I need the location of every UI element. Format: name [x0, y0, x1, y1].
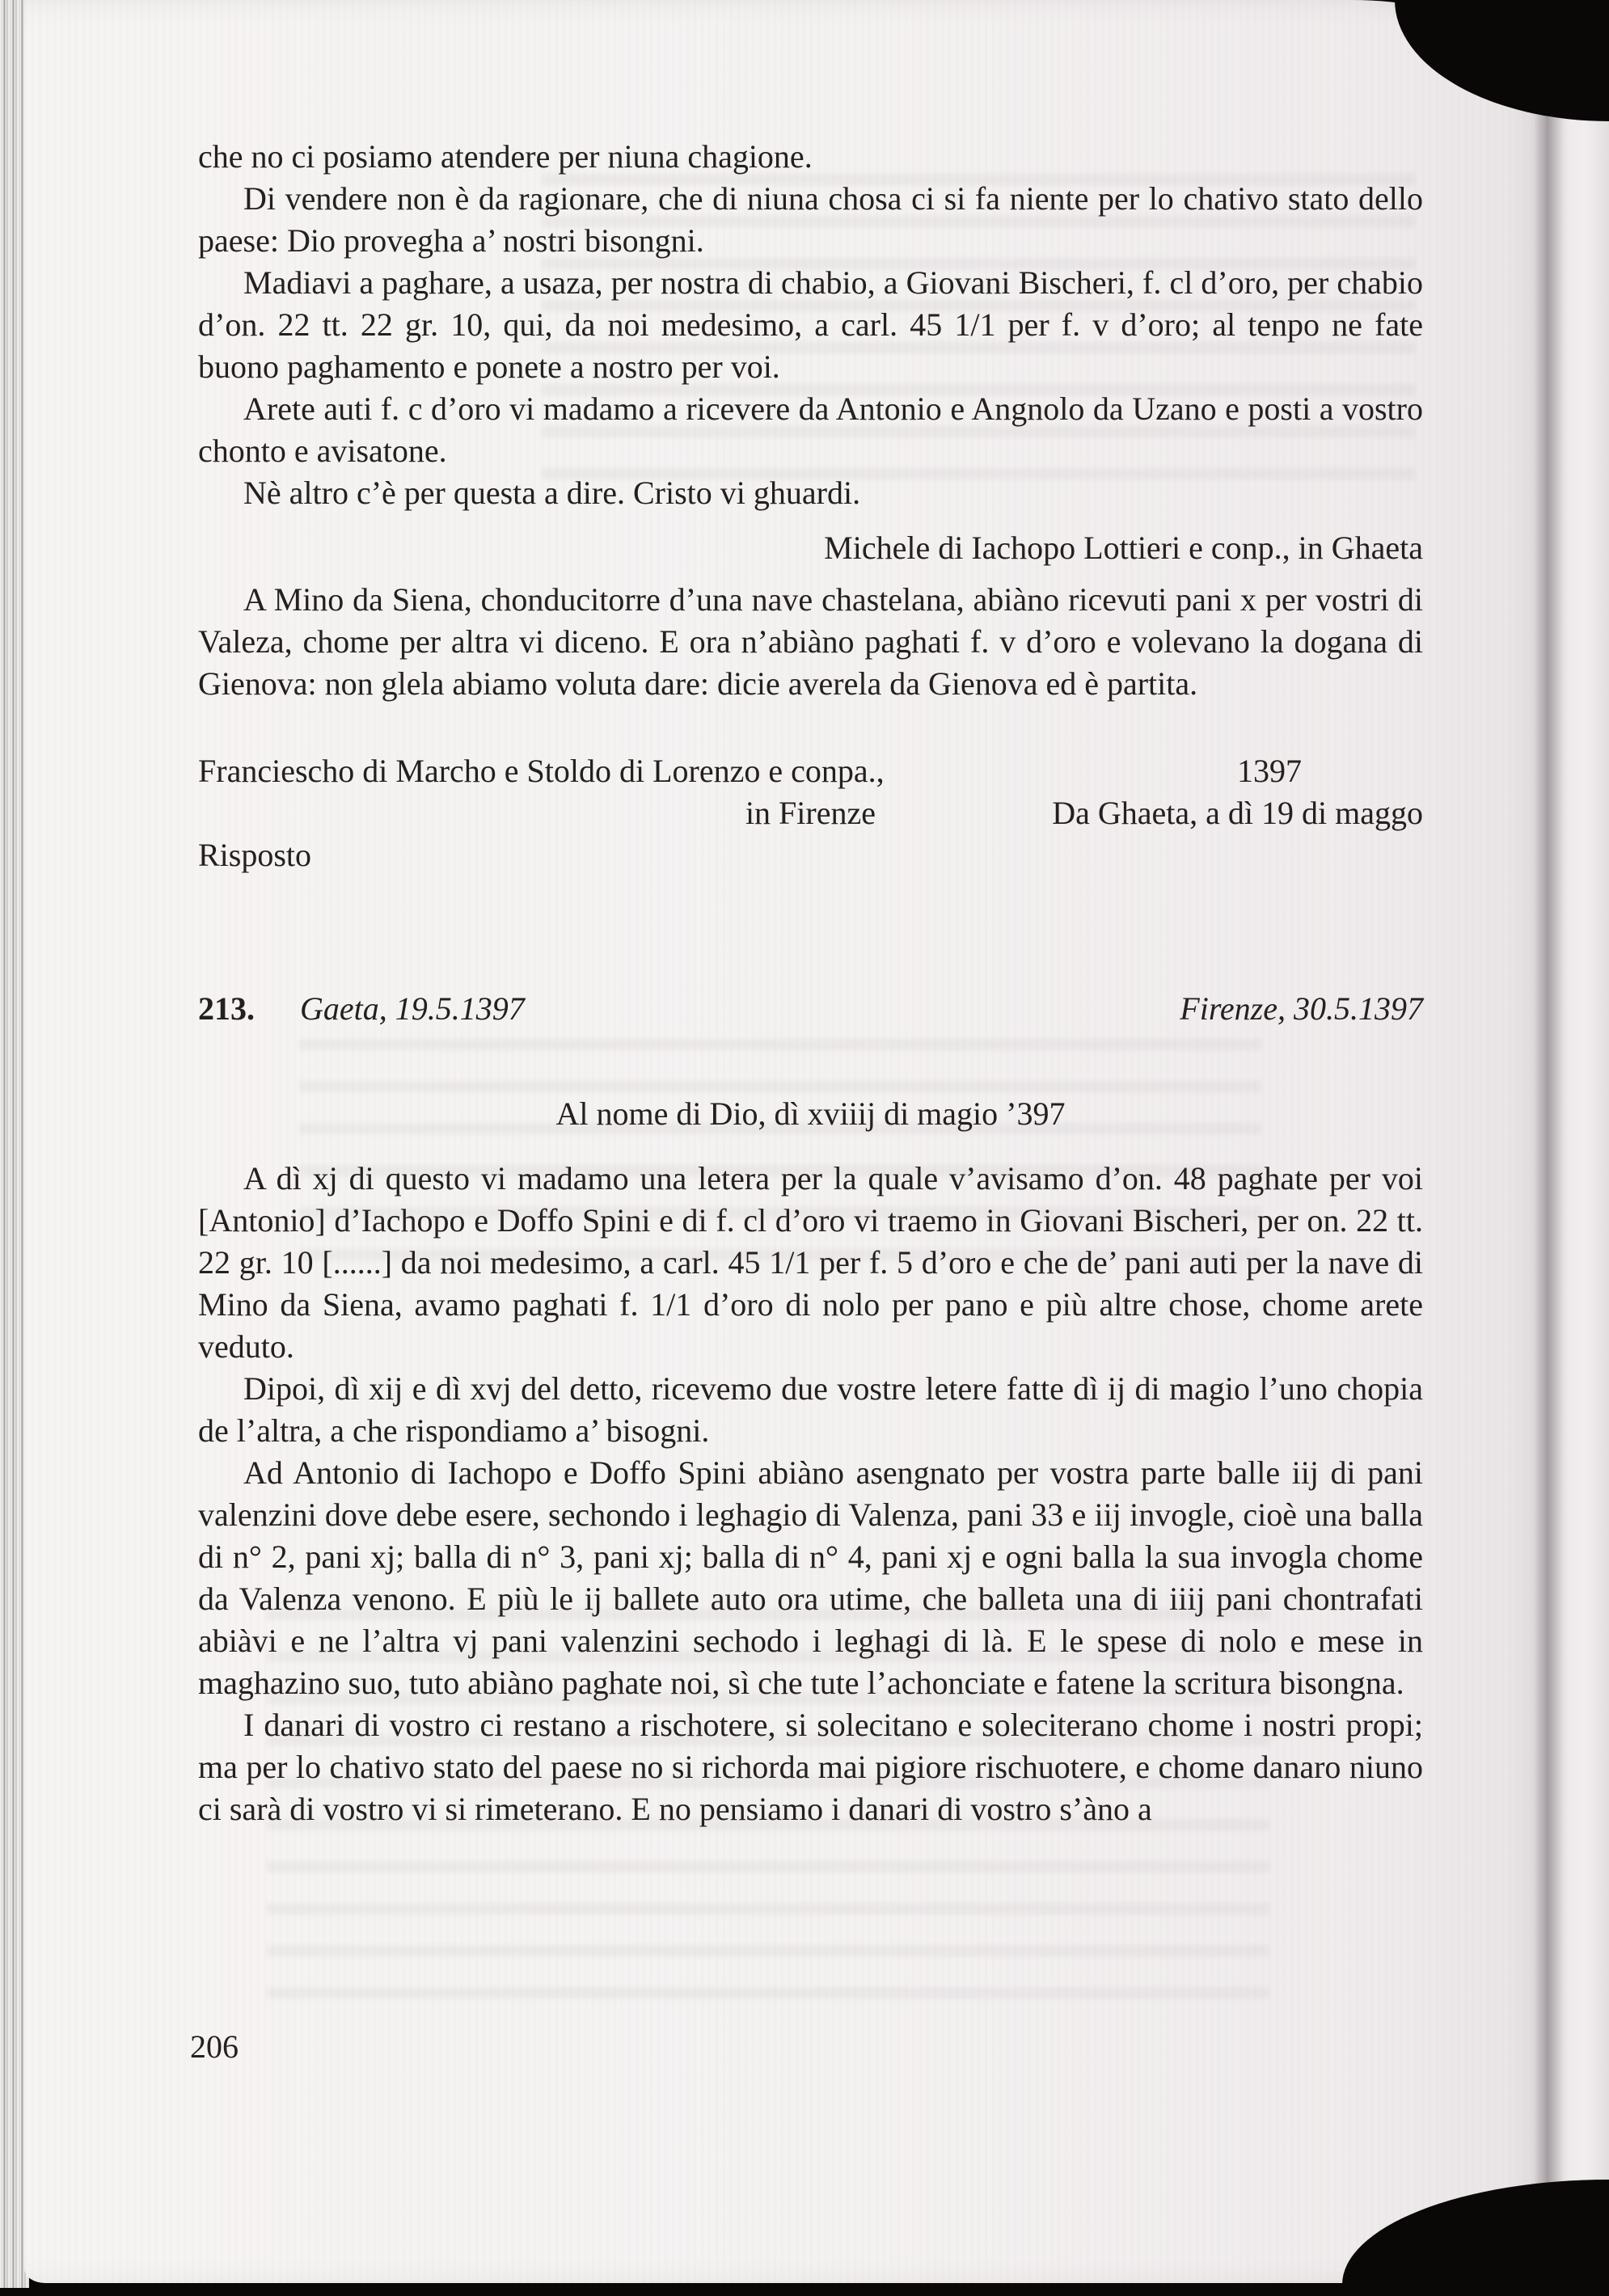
- letter-heading: 213. Gaeta, 19.5.1397 Firenze, 30.5.1397: [198, 988, 1423, 1030]
- letter-number: 213.: [198, 990, 255, 1027]
- letter-paragraph: Di vendere non è da ragionare, che di ni…: [198, 178, 1423, 262]
- gutter-shadow: [1533, 0, 1564, 2285]
- address-year: 1397: [966, 750, 1423, 792]
- address-place: in Firenze: [198, 792, 966, 834]
- letter-salutation: Al nome di Dio, dì xviiij di magio ’397: [198, 1093, 1423, 1135]
- letter-paragraph: Arete auti f. c d’oro vi madamo a riceve…: [198, 388, 1423, 472]
- page-number: 206: [190, 2028, 239, 2066]
- address-recipient: Franciescho di Marcho e Stoldo di Lorenz…: [198, 750, 966, 792]
- paragraph-continuation: che no ci posiamo atendere per niuna cha…: [198, 136, 1423, 178]
- letter-postscript: A Mino da Siena, chonducitorre d’una nav…: [198, 579, 1423, 705]
- letter-paragraph: Madiavi a paghare, a usaza, per nostra d…: [198, 262, 1423, 388]
- letter-destination-date: Firenze, 30.5.1397: [1180, 988, 1423, 1030]
- letter-paragraph: A dì xj di questo vi madamo una letera p…: [198, 1158, 1423, 1368]
- address-block: Franciescho di Marcho e Stoldo di Lorenz…: [198, 750, 1423, 876]
- address-origin: Da Ghaeta, a dì 19 di maggo: [966, 792, 1423, 834]
- book-scan: che no ci posiamo atendere per niuna cha…: [0, 0, 1609, 2296]
- letter-paragraph: Dipoi, dì xij e dì xvj del detto, riceve…: [198, 1368, 1423, 1452]
- page-text: che no ci posiamo atendere per niuna cha…: [198, 136, 1423, 1830]
- letter-origin-date: Gaeta, 19.5.1397: [300, 990, 525, 1027]
- letter-paragraph: Nè altro c’è per questa a dire. Cristo v…: [198, 472, 1423, 514]
- address-annotation: Risposto: [198, 834, 966, 876]
- letter-signature: Michele di Iachopo Lottieri e conp., in …: [198, 527, 1423, 569]
- book-page: che no ci posiamo atendere per niuna cha…: [24, 0, 1554, 2283]
- letter-paragraph: Ad Antonio di Iachopo e Doffo Spini abià…: [198, 1452, 1423, 1704]
- letter-heading-left: 213. Gaeta, 19.5.1397: [198, 988, 525, 1030]
- letter-paragraph: I danari di vostro ci restano a rischote…: [198, 1704, 1423, 1830]
